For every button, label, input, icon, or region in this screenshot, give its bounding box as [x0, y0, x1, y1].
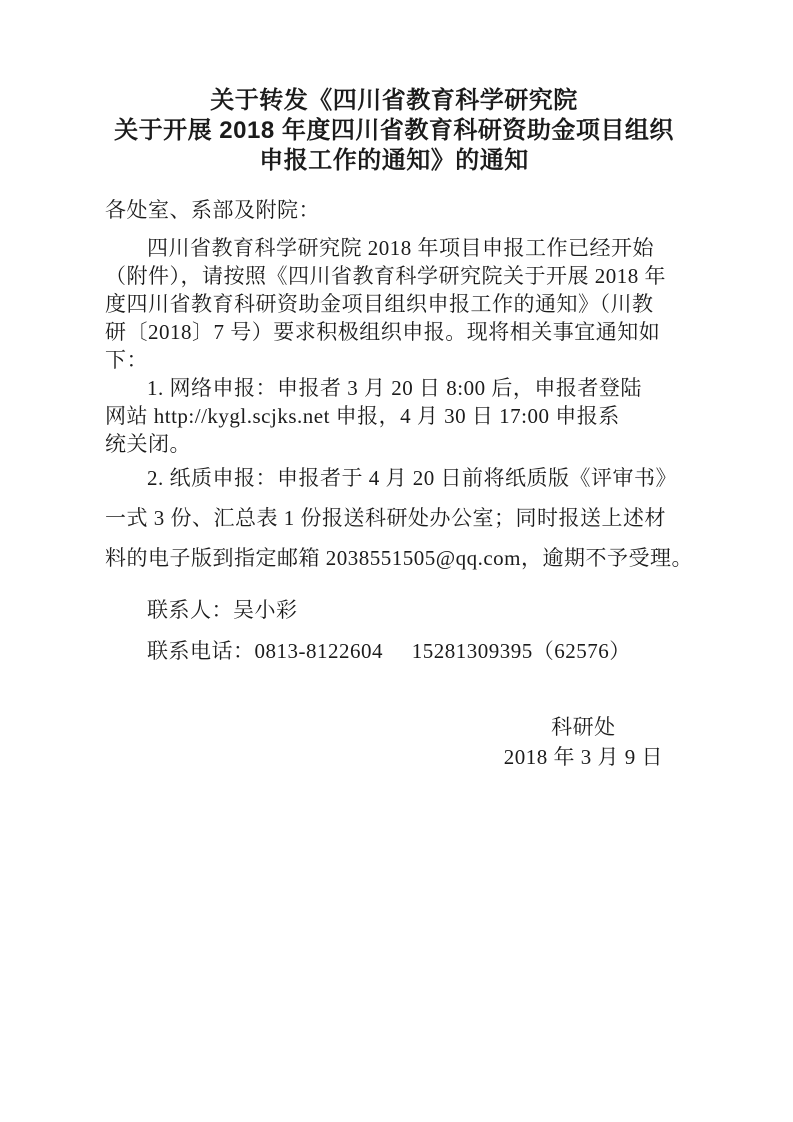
item1-line: 1. 网络申报：申报者 3 月 20 日 8:00 后，申报者登陆	[105, 374, 683, 402]
item1-line: 统关闭。	[105, 430, 683, 458]
signature-inner: 科研处 2018 年 3 月 9 日	[504, 712, 663, 772]
intro-line: 研〔2018〕7 号）要求积极组织申报。现将相关事宜通知如	[105, 318, 683, 346]
signature-date: 2018 年 3 月 9 日	[504, 742, 663, 772]
salutation: 各处室、系部及附院：	[105, 196, 683, 224]
paragraph-intro: 四川省教育科学研究院 2018 年项目申报工作已经开始 （附件），请按照《四川省…	[105, 234, 683, 374]
item2-line: 料的电子版到指定邮箱 2038551505@qq.com，逾期不予受理。	[105, 538, 683, 578]
intro-line: 度四川省教育科研资助金项目组织申报工作的通知》（川教	[105, 290, 683, 318]
intro-line: （附件），请按照《四川省教育科学研究院关于开展 2018 年	[105, 262, 683, 290]
item1-line: 网站 http://kygl.scjks.net 申报，4 月 30 日 17:…	[105, 402, 683, 430]
item2-line: 一式 3 份、汇总表 1 份报送科研处办公室；同时报送上述材	[105, 498, 683, 538]
title-line-2: 关于开展 2018 年度四川省教育科研资助金项目组织	[105, 116, 683, 146]
title-line-3: 申报工作的通知》的通知	[105, 146, 683, 176]
document-title: 关于转发《四川省教育科学研究院 关于开展 2018 年度四川省教育科研资助金项目…	[105, 86, 683, 176]
item-1-online-application: 1. 网络申报：申报者 3 月 20 日 8:00 后，申报者登陆 网站 htt…	[105, 374, 683, 458]
item-2-paper-application: 2. 纸质申报：申报者于 4 月 20 日前将纸质版《评审书》 一式 3 份、汇…	[105, 458, 683, 578]
contact-phone: 联系电话：0813-8122604 15281309395（62576）	[105, 637, 683, 665]
signature-department: 科研处	[504, 712, 663, 742]
intro-line: 下：	[105, 346, 683, 374]
signature-block: 科研处 2018 年 3 月 9 日	[105, 712, 683, 772]
contact-person: 联系人：吴小彩	[105, 596, 683, 624]
title-line-1: 关于转发《四川省教育科学研究院	[105, 86, 683, 116]
document-page: 关于转发《四川省教育科学研究院 关于开展 2018 年度四川省教育科研资助金项目…	[0, 0, 793, 1122]
item2-line: 2. 纸质申报：申报者于 4 月 20 日前将纸质版《评审书》	[105, 458, 683, 498]
intro-line: 四川省教育科学研究院 2018 年项目申报工作已经开始	[105, 234, 683, 262]
